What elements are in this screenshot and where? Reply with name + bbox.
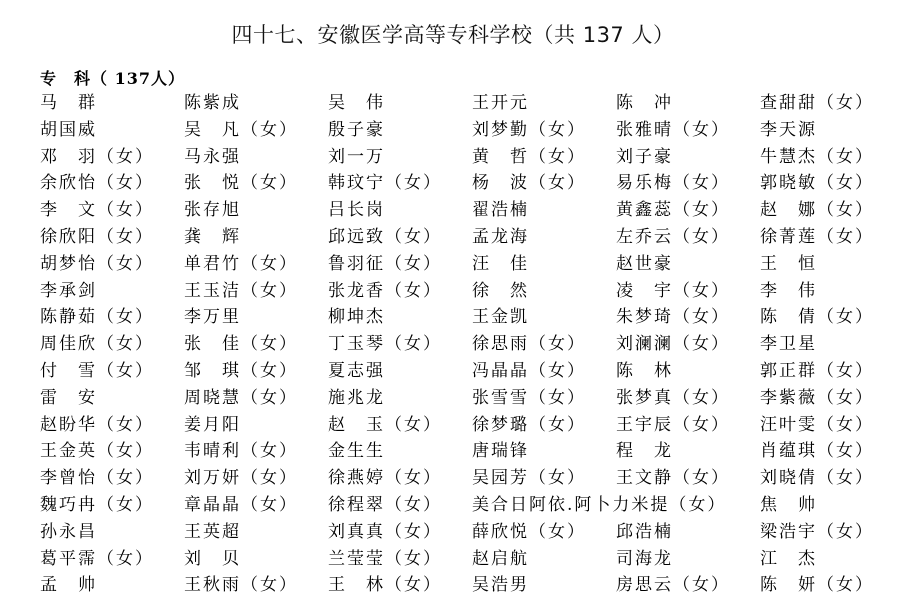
roster-name-cell: 汪叶雯（女） xyxy=(760,412,904,439)
roster-name-cell: 雷 安 xyxy=(40,385,184,412)
roster-name-cell: 徐 然 xyxy=(472,278,616,305)
roster-name-cell: 陈紫成 xyxy=(184,90,328,117)
roster-name-cell: 吕长岗 xyxy=(328,197,472,224)
roster-name-cell: 赵启航 xyxy=(472,546,616,573)
roster-name-cell: 张梦真（女） xyxy=(616,385,760,412)
roster-name-cell: 施兆龙 xyxy=(328,385,472,412)
roster-name-cell: 黄鑫蕊（女） xyxy=(616,197,760,224)
roster-name-cell: 柳坤杰 xyxy=(328,304,472,331)
section-header-specialty: 专 科（ 137人） xyxy=(40,68,185,90)
roster-name-cell: 刘子豪 xyxy=(616,144,760,171)
roster-name-cell: 王金凯 xyxy=(472,304,616,331)
roster-name-cell: 王秋雨（女） xyxy=(184,572,328,599)
roster-name-cell: 刘万妍（女） xyxy=(184,465,328,492)
roster-name-cell: 翟浩楠 xyxy=(472,197,616,224)
roster-name-cell: 兰莹莹（女） xyxy=(328,546,472,573)
roster-name-cell: 刘澜澜（女） xyxy=(616,331,760,358)
roster-name-cell: 周佳欣（女） xyxy=(40,331,184,358)
roster-name-cell: 王英超 xyxy=(184,519,328,546)
roster-name-cell: 韩玟宁（女） xyxy=(328,170,472,197)
roster-name-cell: 易乐梅（女） xyxy=(616,170,760,197)
roster-name-cell: 李 伟 xyxy=(760,278,904,305)
page-title: 四十七、安徽医学高等专科学校（共 137 人） xyxy=(0,20,906,50)
roster-name-cell: 章晶晶（女） xyxy=(184,492,328,519)
roster-name-cell: 徐思雨（女） xyxy=(472,331,616,358)
roster-name-cell: 邱浩楠 xyxy=(616,519,760,546)
roster-name-cell: 吴 伟 xyxy=(328,90,472,117)
roster-name-cell: 孟龙海 xyxy=(472,224,616,251)
roster-name-cell: 殷子豪 xyxy=(328,117,472,144)
roster-name-cell: 李承剑 xyxy=(40,278,184,305)
roster-name-cell: 姜月阳 xyxy=(184,412,328,439)
roster-name-cell: 张 佳（女） xyxy=(184,331,328,358)
roster-name-cell: 胡梦怡（女） xyxy=(40,251,184,278)
roster-name-cell: 汪 佳 xyxy=(472,251,616,278)
roster-name-cell: 牛慧杰（女） xyxy=(760,144,904,171)
roster-name-cell: 房思云（女） xyxy=(616,572,760,599)
roster-name-cell: 胡国威 xyxy=(40,117,184,144)
roster-name-cell: 王金英（女） xyxy=(40,438,184,465)
roster-name-cell: 孟 帅 xyxy=(40,572,184,599)
roster-name-cell: 王 恒 xyxy=(760,251,904,278)
roster-name-cell: 郭正群（女） xyxy=(760,358,904,385)
roster-name-cell: 陈 倩（女） xyxy=(760,304,904,331)
roster-name-cell: 李 文（女） xyxy=(40,197,184,224)
roster-name-cell: 左乔云（女） xyxy=(616,224,760,251)
roster-name-cell: 王 林（女） xyxy=(328,572,472,599)
roster-name-cell: 刘一万 xyxy=(328,144,472,171)
roster-name-cell: 程 龙 xyxy=(616,438,760,465)
roster-name-cell: 李曾怡（女） xyxy=(40,465,184,492)
roster-name-cell: 吴园芳（女） xyxy=(472,465,616,492)
roster-name-cell: 江 杰 xyxy=(760,546,904,573)
roster-name-cell: 邓 羽（女） xyxy=(40,144,184,171)
roster-name-cell: 杨 波（女） xyxy=(472,170,616,197)
roster-name-cell: 周晓慧（女） xyxy=(184,385,328,412)
roster-name-cell: 吴 凡（女） xyxy=(184,117,328,144)
roster-name-cell: 魏巧冉（女） xyxy=(40,492,184,519)
roster-name-cell: 赵世豪 xyxy=(616,251,760,278)
roster-name-cell: 刘真真（女） xyxy=(328,519,472,546)
roster-name-cell: 马永强 xyxy=(184,144,328,171)
roster-name-cell: 张雪雪（女） xyxy=(472,385,616,412)
roster-name-cell: 徐燕婷（女） xyxy=(328,465,472,492)
roster-name-cell: 刘梦勤（女） xyxy=(472,117,616,144)
roster-name-cell: 单君竹（女） xyxy=(184,251,328,278)
roster-name-cell: 美合日阿依.阿卜力米提（女） xyxy=(472,492,760,519)
roster-name-cell: 司海龙 xyxy=(616,546,760,573)
roster-name-cell: 韦晴利（女） xyxy=(184,438,328,465)
roster-name-cell: 凌 宇（女） xyxy=(616,278,760,305)
roster-name-cell: 赵 娜（女） xyxy=(760,197,904,224)
roster-name-cell: 焦 帅 xyxy=(760,492,904,519)
roster-name-cell: 王文静（女） xyxy=(616,465,760,492)
roster-name-cell: 赵 玉（女） xyxy=(328,412,472,439)
roster-name-cell: 张龙香（女） xyxy=(328,278,472,305)
roster-name-cell: 陈静茹（女） xyxy=(40,304,184,331)
roster-name-cell: 徐欣阳（女） xyxy=(40,224,184,251)
roster-name-cell: 张雅晴（女） xyxy=(616,117,760,144)
roster-name-cell: 梁浩宇（女） xyxy=(760,519,904,546)
roster-name-cell: 王玉洁（女） xyxy=(184,278,328,305)
roster-name-cell: 李万里 xyxy=(184,304,328,331)
roster-name-cell: 郭晓敏（女） xyxy=(760,170,904,197)
roster-name-cell: 刘 贝 xyxy=(184,546,328,573)
roster-name-cell: 赵盼华（女） xyxy=(40,412,184,439)
roster-name-cell: 金生生 xyxy=(328,438,472,465)
roster-name-cell: 龚 辉 xyxy=(184,224,328,251)
roster-name-cell: 李天源 xyxy=(760,117,904,144)
roster-name-cell: 王开元 xyxy=(472,90,616,117)
name-roster-grid: 马 群陈紫成吴 伟王开元陈 冲查甜甜（女）胡国威吴 凡（女）殷子豪刘梦勤（女）张… xyxy=(40,90,904,599)
roster-name-cell: 付 雪（女） xyxy=(40,358,184,385)
roster-name-cell: 刘晓倩（女） xyxy=(760,465,904,492)
roster-name-cell: 张 悦（女） xyxy=(184,170,328,197)
roster-name-cell: 张存旭 xyxy=(184,197,328,224)
roster-name-cell: 薛欣悦（女） xyxy=(472,519,616,546)
roster-name-cell: 鲁羽征（女） xyxy=(328,251,472,278)
roster-name-cell: 王宇辰（女） xyxy=(616,412,760,439)
roster-name-cell: 黄 哲（女） xyxy=(472,144,616,171)
roster-name-cell: 夏志强 xyxy=(328,358,472,385)
roster-name-cell: 李卫星 xyxy=(760,331,904,358)
roster-name-cell: 丁玉琴（女） xyxy=(328,331,472,358)
roster-name-cell: 徐梦璐（女） xyxy=(472,412,616,439)
roster-name-cell: 查甜甜（女） xyxy=(760,90,904,117)
roster-name-cell: 徐程翠（女） xyxy=(328,492,472,519)
roster-name-cell: 马 群 xyxy=(40,90,184,117)
roster-name-cell: 邱远致（女） xyxy=(328,224,472,251)
roster-name-cell: 陈 冲 xyxy=(616,90,760,117)
roster-name-cell: 冯晶晶（女） xyxy=(472,358,616,385)
roster-name-cell: 葛平霈（女） xyxy=(40,546,184,573)
roster-name-cell: 吴浩男 xyxy=(472,572,616,599)
roster-name-cell: 朱梦琦（女） xyxy=(616,304,760,331)
roster-name-cell: 唐瑞锋 xyxy=(472,438,616,465)
roster-name-cell: 李紫薇（女） xyxy=(760,385,904,412)
roster-name-cell: 余欣怡（女） xyxy=(40,170,184,197)
roster-name-cell: 孙永昌 xyxy=(40,519,184,546)
roster-name-cell: 陈 林 xyxy=(616,358,760,385)
roster-name-cell: 徐菁莲（女） xyxy=(760,224,904,251)
roster-name-cell: 肖蕴琪（女） xyxy=(760,438,904,465)
roster-name-cell: 邹 琪（女） xyxy=(184,358,328,385)
roster-name-cell: 陈 妍（女） xyxy=(760,572,904,599)
